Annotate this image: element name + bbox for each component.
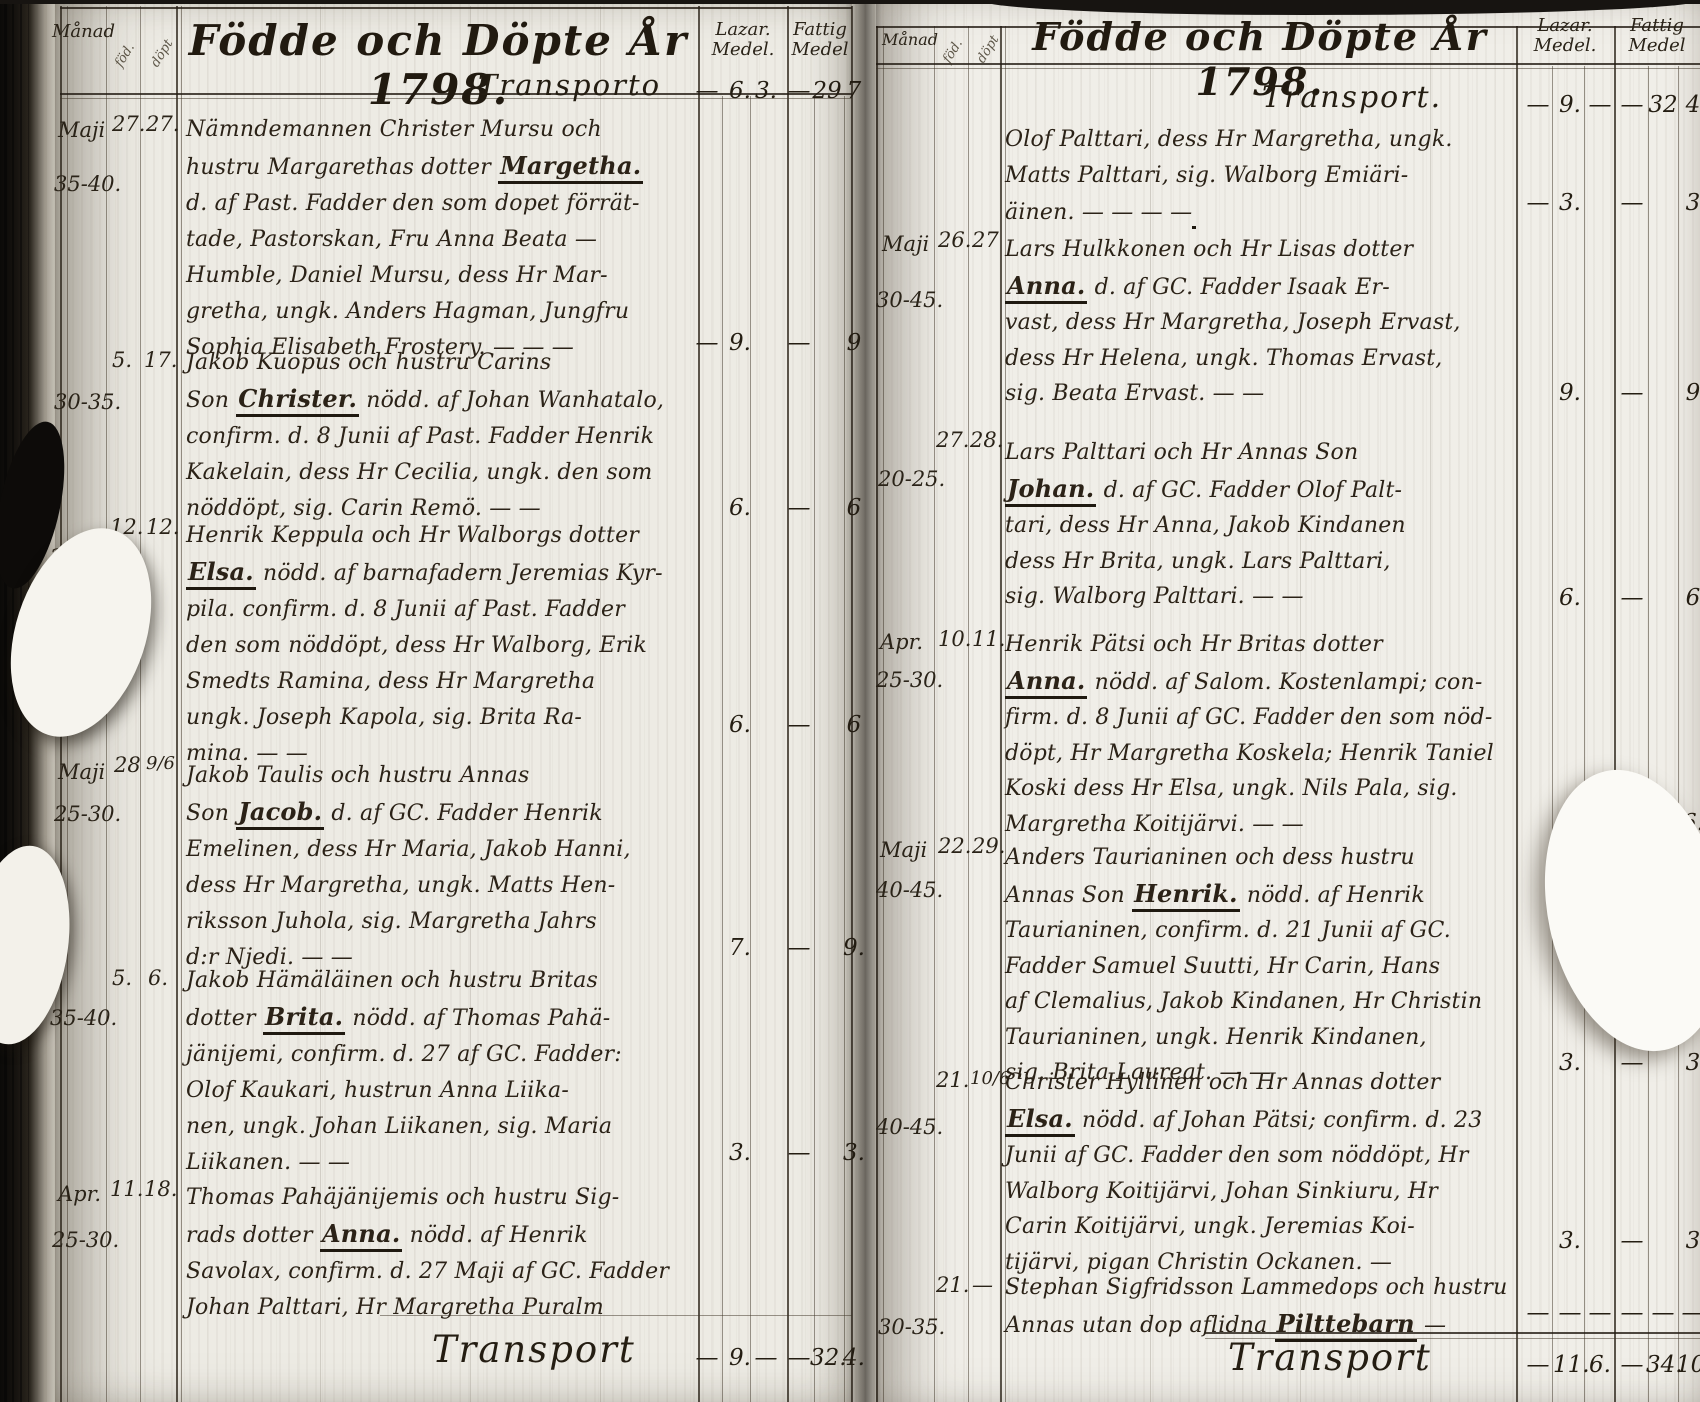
amount-cell: 9. [1553,380,1587,406]
amount-cell: — [690,330,724,356]
entry-text-segment: Lars Hulkkonen och Hr Lisas dotter [1005,237,1413,262]
margin-baptism-day: 17. [144,348,177,372]
amount-cell: — [1521,190,1555,216]
margin-parent-ages: 40-45. [876,878,943,902]
margin-month: Maji [58,760,105,784]
entry-text-segment: Henrik Keppula och Hr Walborgs dotter [186,523,639,548]
amount-cell: 3. [1553,190,1587,216]
margin-born-day: 5. [112,348,132,372]
book-edge-streak [4,0,7,1402]
amount-cell: 6 [1676,585,1700,611]
amount-cell: 3. [1553,1228,1587,1254]
rule-line [1584,66,1585,1402]
margin-parent-ages: 35-40. [50,1006,117,1030]
margin-baptism-day: — [972,1273,993,1297]
margin-born-day: 21. [936,1068,969,1092]
margin-baptism-day: 29. [972,834,1005,858]
margin-month: Apr. [58,1182,101,1206]
amount-cell: 11. [1553,1352,1587,1378]
margin-parent-ages: 20-25. [878,467,945,491]
amount-cell: 3 [1676,1050,1700,1076]
margin-parent-ages: 25-30. [876,668,943,692]
amount-cell: 9. [723,330,757,356]
poor-funds-column-header: Fattig Medel [1616,16,1698,56]
entry-text-segment: Christer Hyllinen och Hr Annas dotter [1005,1070,1440,1095]
margin-baptism-day: 12. [146,515,179,539]
amount-cell: — [1615,1300,1649,1326]
amount-cell: — [1583,92,1617,118]
book-edge-streak [12,0,14,1402]
rule-line [1678,66,1679,1402]
rule-line [60,7,852,9]
hospital-funds-column-header: Lazar. Medel. [1518,16,1612,56]
amount-cell: — [782,330,816,356]
amount-cell: — [782,495,816,521]
margin-born-day: 28 [114,753,141,777]
child-name: Anna. [1005,271,1087,304]
entry-text: Nämndemannen Christer Mursu och hustru M… [186,112,694,366]
child-name: Elsa. [1005,1104,1075,1137]
amount-cell: 6. [723,495,757,521]
amount-cell: — [1615,1050,1649,1076]
amount-cell: — [1615,380,1649,406]
amount-cell: 6. [1553,585,1587,611]
amount-cell: 3 [1676,1228,1700,1254]
amount-cell: — [1615,585,1649,611]
rule-line [1552,66,1553,1402]
amount-cell: — [1676,1300,1700,1326]
amount-cell: 34. [1646,1352,1680,1378]
amount-cell: 10. [1676,1352,1700,1378]
amount-cell: — [1615,1352,1649,1378]
amount-cell: — [1615,190,1649,216]
margin-baptism-day: 11. [972,627,1005,651]
entry-text-segment: Lars Palttari och Hr Annas Son [1005,440,1358,465]
amount-cell: 3 [1676,190,1700,216]
amount-cell: — [1521,1352,1555,1378]
margin-parent-ages: 40-45. [876,1115,943,1139]
margin-baptism-day: 6. [148,966,168,990]
rule-line [814,96,815,1402]
rule-line [1000,26,1002,1402]
margin-born-day: 27. [936,428,969,452]
margin-born-day: 21. [936,1273,969,1297]
child-name: Henrik. [1132,879,1240,912]
amount-cell: — [1583,1300,1617,1326]
margin-baptism-day: 27 [972,228,999,252]
amount-cell: — [782,712,816,738]
margin-month: Maji [880,838,927,862]
rule-line [750,96,751,1402]
margin-parent-ages: 30-45. [876,288,943,312]
amount-cell: 9. [1553,92,1587,118]
child-name: Johan. [1005,474,1096,507]
amount-cell: 6. [723,712,757,738]
rule-line [844,96,845,1402]
amount-cell: — [782,1140,816,1166]
child-name: Margetha. [498,151,643,184]
margin-baptism-day: 28. [970,428,1003,452]
amount-cell: — [1615,1228,1649,1254]
rule-line [934,26,935,1402]
margin-baptism-day: 9/6 [146,753,175,774]
child-name: Anna. [1005,666,1087,699]
rule-line [722,96,723,1402]
margin-born-day: 10. [938,627,971,651]
entry-text-segment: Henrik Pätsi och Hr Britas dotter [1005,632,1383,657]
register-scan: Månad föd. döpt Födde och Döpte År 1798.… [0,0,1700,1402]
amount-cell: 9 [1676,380,1700,406]
margin-born-day: 22. [938,834,971,858]
amount-cell: — [1646,1300,1680,1326]
margin-born-day: 5. [112,966,132,990]
month-column-header: Månad [882,30,938,50]
amount-cell: — [1521,92,1555,118]
amount-cell: — [782,935,816,961]
amount-cell: 3. [723,1140,757,1166]
amount-cell: 3. [1553,1050,1587,1076]
amount-cell: 4 [1676,92,1700,118]
month-column-header: Månad [52,22,108,42]
margin-born-day: 26. [938,228,971,252]
margin-month: Apr. [880,630,923,654]
margin-month: Maji [882,232,929,256]
amount-cell: 6. [1583,1352,1617,1378]
child-name: Brita. [263,1002,345,1035]
margin-baptism-day: 18. [144,1177,177,1201]
rule-line [1648,66,1649,1402]
amount-cell: 32 [1646,92,1680,118]
margin-born-day: 11. [110,1177,143,1201]
page-gutter-shadow [846,0,882,1402]
amount-cell: — [1553,1300,1587,1326]
rule-line [1614,26,1616,1402]
amount-cell: 7. [723,935,757,961]
amount-cell: — [1615,92,1649,118]
amount-cell: — [1521,1300,1555,1326]
hospital-funds-column-header: Lazar. Medel. [700,20,786,60]
poor-funds-column-header: Fattig Medel [789,20,851,60]
